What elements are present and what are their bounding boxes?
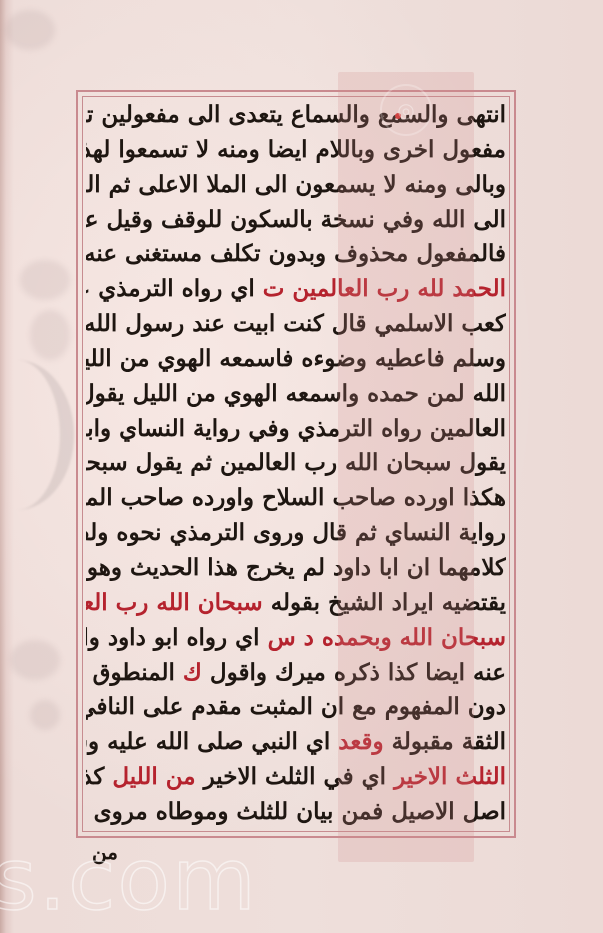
body-text: اي رواه الترمذي عن ربيعة بن [86, 275, 263, 302]
body-text: اي رواه ابو داود والنساي [86, 624, 260, 651]
rubric-text: من الليل [112, 763, 195, 790]
rubric-text: ك [183, 659, 202, 686]
watermark-text: s.com [0, 830, 258, 930]
watermark-overlay [338, 72, 474, 862]
crescent-stain [0, 360, 74, 510]
paper-stain [20, 260, 70, 300]
body-text: المنطوق معتبر [86, 659, 183, 686]
paper-stain [5, 10, 55, 50]
body-text: كذا في [86, 763, 112, 790]
watermark-logo-icon: ◎ [380, 84, 432, 136]
manuscript-page: انتهى والسمع والسماع يتعدى الى مفعولين ت… [0, 0, 603, 933]
rubric-text: سبحان الله رب العالمين [86, 589, 263, 616]
body-text: اي النبي صلى الله عليه وسلم [86, 728, 338, 755]
paper-stain [30, 700, 60, 730]
paper-stain [10, 640, 60, 680]
paper-stain [30, 310, 70, 360]
